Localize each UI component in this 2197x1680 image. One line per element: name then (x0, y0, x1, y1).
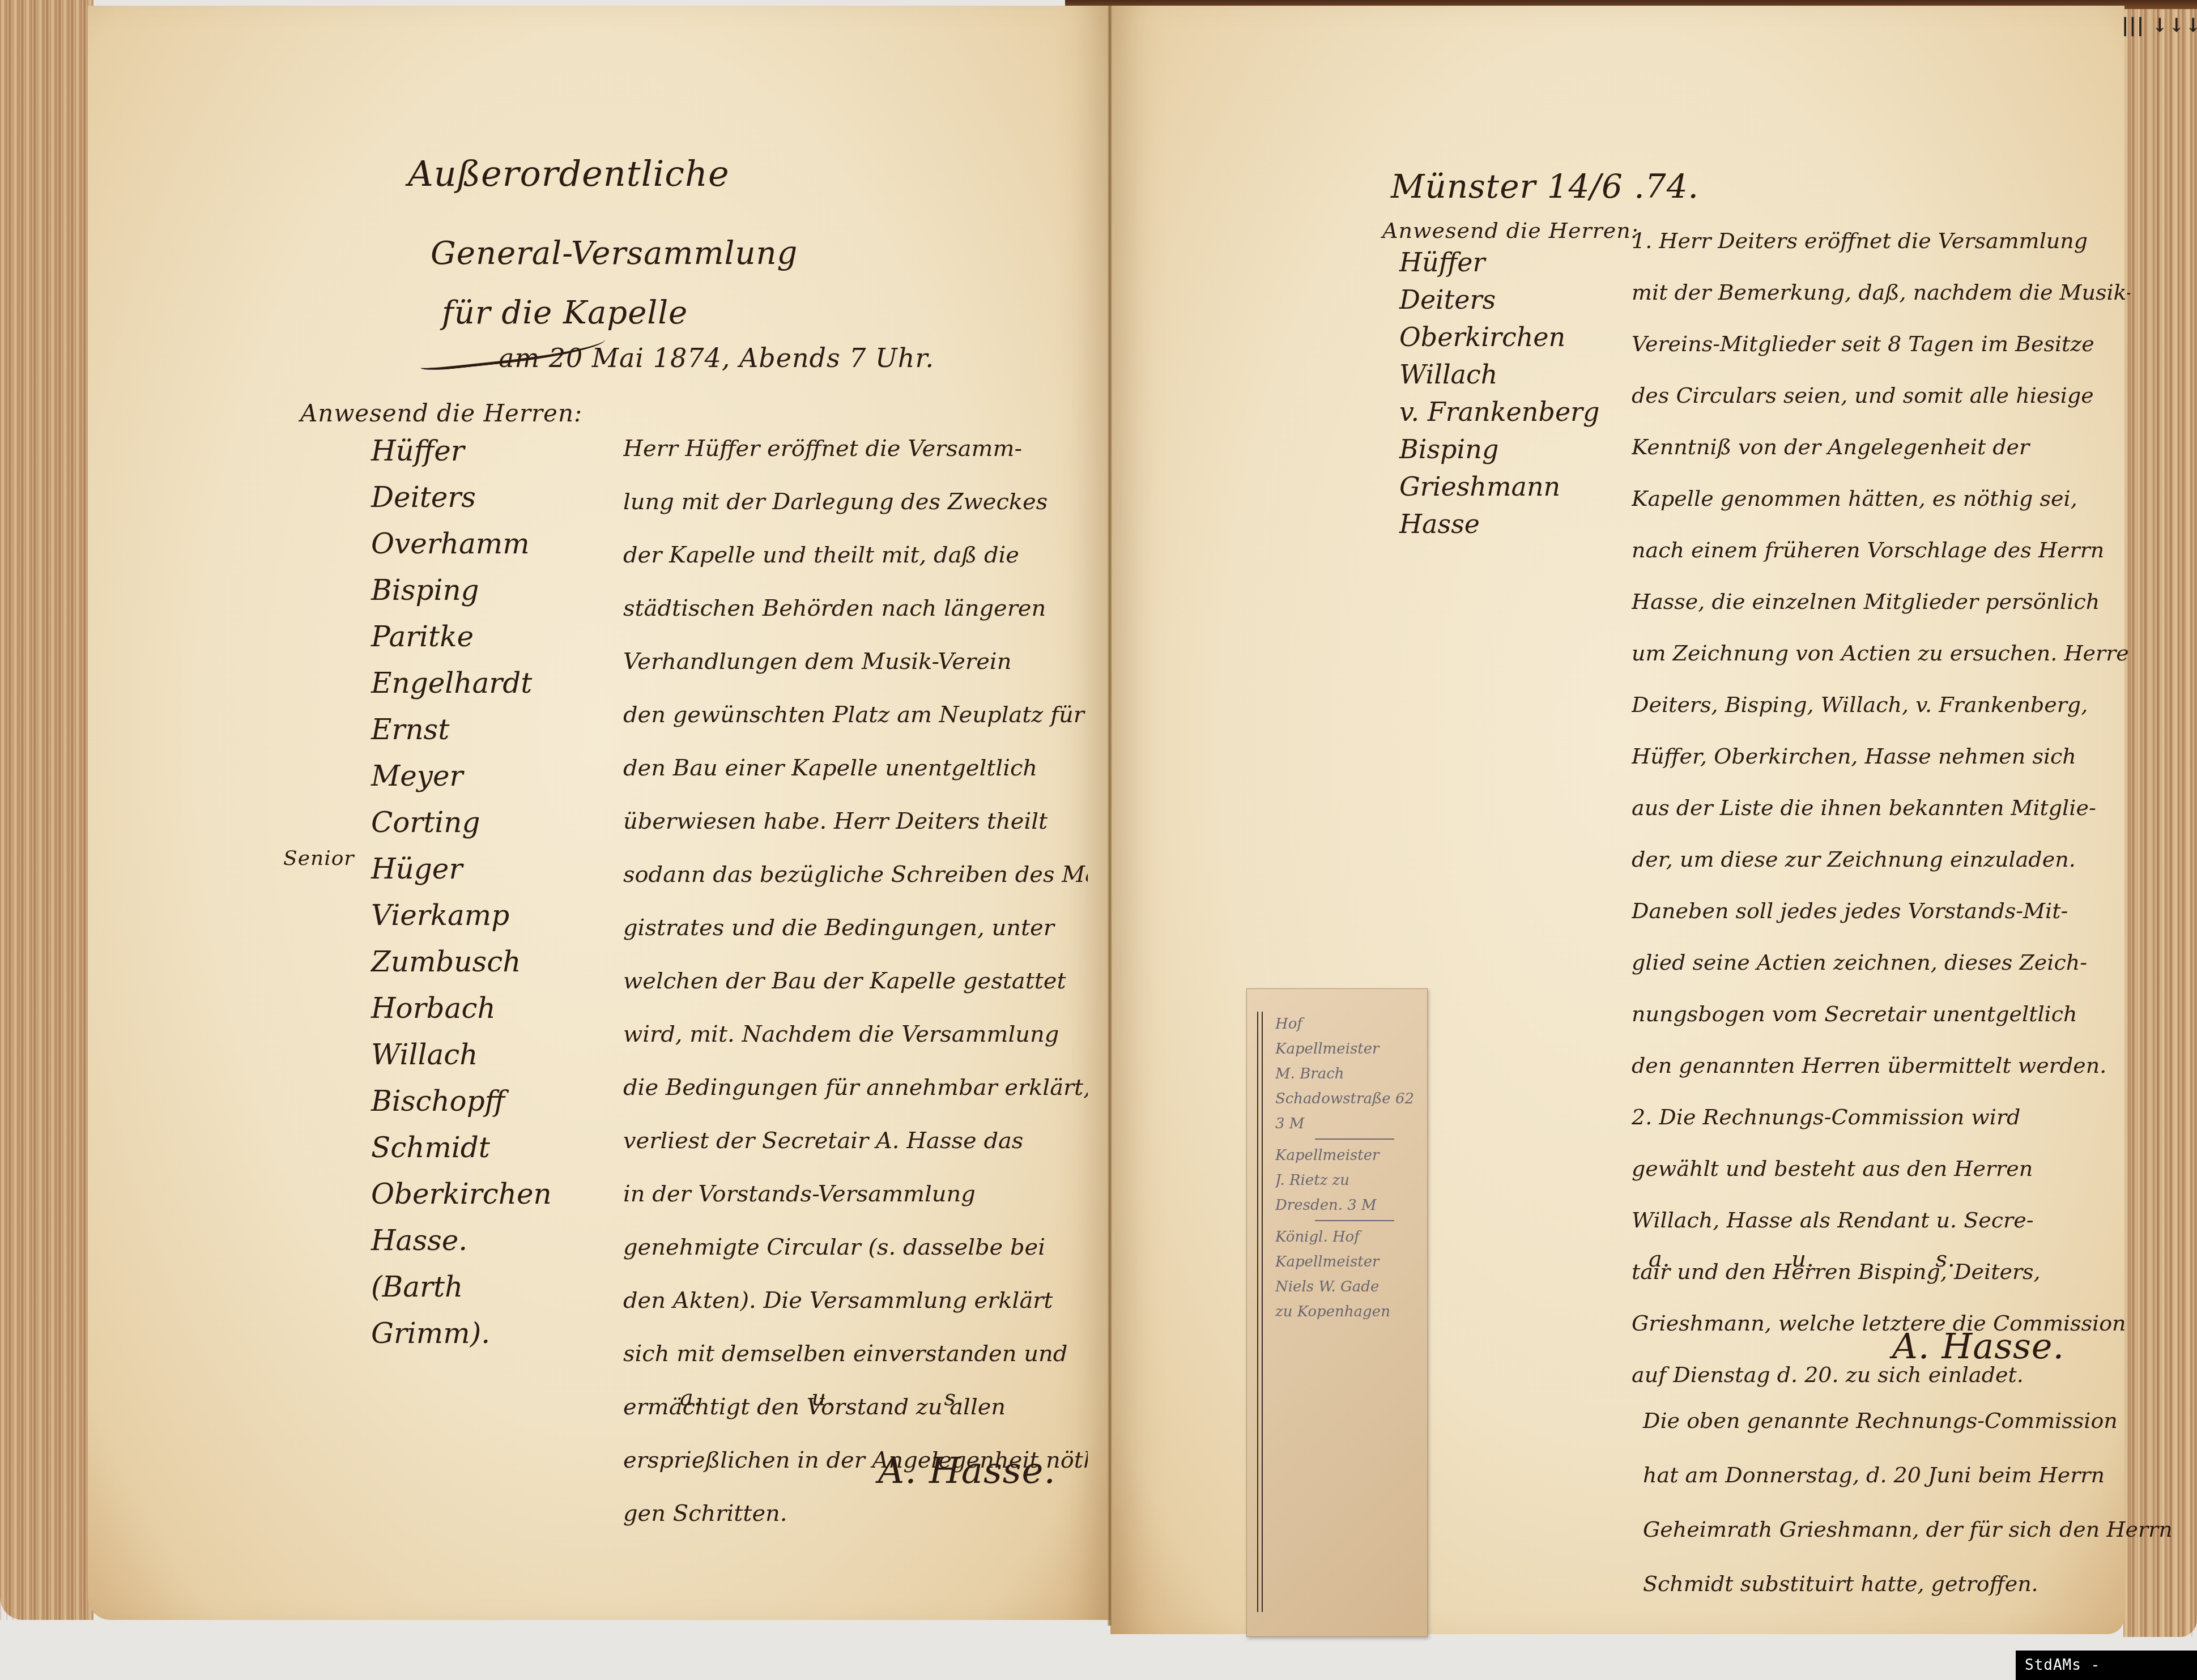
closing-u: u. (811, 1385, 834, 1411)
text-line: städtischen Behörden nach längeren (623, 582, 1088, 635)
closing-a: a. (1649, 1246, 1671, 1272)
attendee-name: Hüffer (371, 428, 552, 474)
attendee-name: (Barth (371, 1264, 552, 1310)
text-line: Hasse, die einzelnen Mitglieder persönli… (1632, 576, 2130, 628)
text-line: lung mit der Darlegung des Zweckes (623, 475, 1088, 528)
text-line: der Kapelle und theilt mit, daß die (623, 528, 1088, 582)
slip-line: 3 M (1275, 1111, 1423, 1136)
attendee-name: Overhamm (371, 521, 552, 567)
text-line: Geheimrath Grieshmann, der für sich den … (1643, 1502, 2141, 1557)
text-line: gewählt und besteht aus den Herren (1632, 1143, 2130, 1195)
attendee-name: Bisping (371, 567, 552, 613)
text-line: die Bedingungen für annehmbar erklärt, (623, 1061, 1088, 1114)
right-date-heading: Münster 14/6 .74. (1391, 167, 1699, 206)
slip-line: Kapellmeister (1275, 1250, 1423, 1274)
attendee-name: Vierkamp (371, 892, 552, 939)
slip-line: Kapellmeister (1275, 1037, 1423, 1061)
attendees-list-right: Hüffer Deiters Oberkirchen Willach v. Fr… (1399, 244, 1600, 543)
text-line: den genannten Herren übermittelt werden. (1632, 1040, 2130, 1091)
attendee-name: Bisping (1399, 430, 1600, 468)
text-line: Kapelle genommen hätten, es nöthig sei, (1632, 473, 2130, 525)
text-line: nungsbogen vom Secretair unentgeltlich (1632, 988, 2130, 1040)
text-line: überwiesen habe. Herr Deiters theilt (623, 795, 1088, 848)
slip-line: Schadowstraße 62 (1275, 1086, 1423, 1111)
text-line: der, um diese zur Zeichnung einzuladen. (1632, 834, 2130, 885)
slip-line: Kapellmeister (1275, 1143, 1423, 1168)
attendee-name: Hüffer (1399, 244, 1600, 281)
text-line: aus der Liste die ihnen bekannten Mitgli… (1632, 782, 2130, 834)
attendee-name: Meyer (371, 753, 552, 799)
text-line: gistrates und die Bedingungen, unter (623, 901, 1088, 954)
slip-line: Dresden. 3 M (1275, 1193, 1423, 1218)
scan-background: Außerordentliche General-Versammlung für… (0, 0, 2197, 1680)
attendee-name: Grimm). (371, 1310, 552, 1357)
right-page-edges (2123, 0, 2197, 1637)
slip-line: M. Brach (1275, 1061, 1423, 1086)
margin-note: Senior (283, 847, 355, 870)
left-signature: A. Hasse. (878, 1450, 1056, 1492)
attendee-name: Corting (371, 799, 552, 846)
text-line: den gewünschten Platz am Neuplatz für (623, 688, 1088, 741)
right-attendees-label: Anwesend die Herren: (1382, 218, 1639, 243)
title-line-2: General-Versammlung (431, 235, 798, 272)
attendee-name: Schmidt (371, 1124, 552, 1171)
attendee-name: Hasse. (371, 1217, 552, 1264)
attendee-name: Grieshmann (1399, 468, 1600, 505)
closing-s: s. (1935, 1246, 1955, 1272)
text-line: 2. Die Rechnungs-Commission wird (1632, 1091, 2130, 1143)
left-closing-abbreviation: a. u. s. (680, 1385, 1066, 1411)
closing-a: a. (680, 1385, 702, 1411)
book-gutter (1108, 6, 1112, 1626)
text-line: Vereins-Mitglieder seit 8 Tagen im Besit… (1632, 318, 2130, 370)
text-line: des Circulars seien, und somit alle hies… (1632, 370, 2130, 421)
right-postscript: Die oben genannte Rechnungs-Commission h… (1643, 1393, 2141, 1611)
text-line: Kenntniß von der Angelegenheit der (1632, 421, 2130, 473)
left-page-edges (0, 0, 93, 1620)
slip-line: Niels W. Gade (1275, 1274, 1423, 1299)
text-line: gen Schritten. (623, 1487, 1088, 1540)
text-line: genehmigte Circular (s. dasselbe bei (623, 1221, 1088, 1274)
attendees-list-left: Hüffer Deiters Overhamm Bisping Paritke … (371, 428, 552, 1357)
right-signature: A. Hasse. (1892, 1325, 2064, 1367)
attendee-name: Zumbusch (371, 939, 552, 985)
text-line: Hüffer, Oberkirchen, Hasse nehmen sich (1632, 731, 2130, 782)
attendee-name: Horbach (371, 985, 552, 1031)
attendee-name: Deiters (371, 474, 552, 521)
right-closing-abbreviation: a. u. s. (1649, 1246, 2069, 1272)
text-line: Schmidt substituirt hatte, getroffen. (1643, 1557, 2141, 1611)
text-line: nach einem früheren Vorschlage des Herrn (1632, 525, 2130, 576)
attendee-name: Ernst (371, 706, 552, 753)
attendee-name: Oberkirchen (371, 1171, 552, 1217)
attendee-name: Hüger (371, 846, 552, 892)
slip-divider (1315, 1220, 1394, 1221)
slip-line: zu Kopenhagen (1275, 1299, 1423, 1324)
text-line: Daneben soll jedes jedes Vorstands-Mit- (1632, 885, 2130, 937)
attendee-name: Engelhardt (371, 660, 552, 706)
closing-u: u. (1791, 1246, 1814, 1272)
title-line-1: Außerordentliche (408, 153, 730, 194)
text-line: Herr Hüffer eröffnet die Versamm- (623, 422, 1088, 475)
text-line: Willach, Hasse als Rendant u. Secre- (1632, 1195, 2130, 1246)
attendee-name: Willach (1399, 356, 1600, 393)
slip-line: J. Rietz zu (1275, 1168, 1423, 1193)
text-line: Verhandlungen dem Musik-Verein (623, 635, 1088, 688)
inserted-pencil-slip: Hof Kapellmeister M. Brach Schadowstraße… (1246, 988, 1428, 1637)
archive-reference-label: StdAMs - MV_002a_230 (2016, 1651, 2197, 1680)
attendee-name: v. Frankenberg (1399, 393, 1600, 430)
text-line: mit der Bemerkung, daß, nachdem die Musi… (1632, 267, 2130, 318)
slip-divider (1315, 1139, 1394, 1140)
attendee-name: Willach (371, 1031, 552, 1078)
text-line: welchen der Bau der Kapelle gestattet (623, 954, 1088, 1008)
text-line: um Zeichnung von Actien zu ersuchen. Her… (1632, 628, 2130, 679)
attendee-name: Bischopff (371, 1078, 552, 1124)
page-edge-tab-marks: ||| ↓↓↓↓ (2122, 14, 2197, 37)
slip-line: Königl. Hof (1275, 1225, 1423, 1250)
text-line: 1. Herr Deiters eröffnet die Versammlung (1632, 215, 2130, 267)
title-line-3: für die Kapelle (442, 295, 688, 331)
text-line: den Bau einer Kapelle unentgeltlich (623, 741, 1088, 795)
right-minutes-body: 1. Herr Deiters eröffnet die Versammlung… (1632, 215, 2130, 1401)
slip-line: Hof (1275, 1012, 1423, 1037)
text-line: wird, mit. Nachdem die Versammlung (623, 1008, 1088, 1061)
slip-double-rule (1257, 1012, 1263, 1612)
text-line: sich mit demselben einverstanden und (623, 1327, 1088, 1380)
text-line: Die oben genannte Rechnungs-Commission (1643, 1393, 2141, 1448)
text-line: hat am Donnerstag, d. 20 Juni beim Herrn (1643, 1448, 2141, 1502)
text-line: verliest der Secretair A. Hasse das (623, 1114, 1088, 1167)
text-line: sodann das bezügliche Schreiben des Ma- (623, 848, 1088, 901)
closing-s: s. (944, 1385, 964, 1411)
text-line: den Akten). Die Versammlung erklärt (623, 1274, 1088, 1327)
attendees-label: Anwesend die Herren: (300, 399, 582, 427)
left-minutes-body: Herr Hüffer eröffnet die Versamm- lung m… (623, 422, 1088, 1540)
title-date-line: am 20 Mai 1874, Abends 7 Uhr. (499, 343, 934, 373)
text-line: Deiters, Bisping, Willach, v. Frankenber… (1632, 679, 2130, 731)
attendee-name: Paritke (371, 613, 552, 660)
text-line: in der Vorstands-Versammlung (623, 1167, 1088, 1221)
text-line: glied seine Actien zeichnen, dieses Zeic… (1632, 937, 2130, 988)
slip-text: Hof Kapellmeister M. Brach Schadowstraße… (1275, 1012, 1423, 1324)
attendee-name: Hasse (1399, 505, 1600, 543)
attendee-name: Deiters (1399, 281, 1600, 318)
attendee-name: Oberkirchen (1399, 318, 1600, 356)
